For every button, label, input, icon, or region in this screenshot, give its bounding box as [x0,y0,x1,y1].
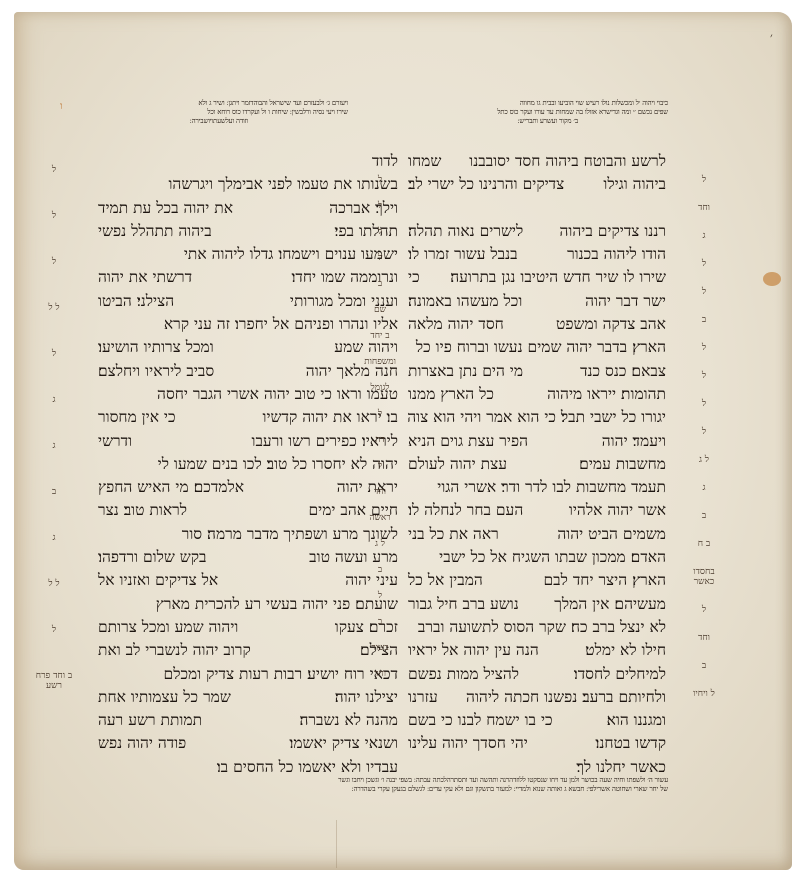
margin-note: ב [360,565,400,575]
hemistich: בקש שלום ורדפהו׃ [98,546,207,569]
margin-note: שם [360,305,400,315]
margin-note: בשור [360,643,400,653]
hemistich: לישרים נאוה תהלה׃ [408,220,523,243]
text-line: מרע ועשה טובבקש שלום ורדפהו׃ [98,546,398,569]
margin-notes-outer-right: לוחדגללבללללל גגבב חבחסדו כאשרלוחדבל ויח… [684,175,724,717]
text-line: הודו ליהוה בכנורבנבל עשור זמרו לו׃ [408,243,666,266]
text-line: חנה מלאך יהוהסביב ליראיו ויחלצם׃ [98,360,398,383]
masorah-line: שירו ויעי נסיה ורלבשין ׃ שיחות ו ול ועקר… [88,108,348,117]
text-line: הארץ׃ בדבר יהוה שמים נעשו וברוח פיו כל [408,336,666,359]
hemistich: מחשבות עמים׃ [579,453,666,476]
hemistich: מי הים נתן באצרות [408,360,523,383]
text-line: תעמד מחשבות לבו לדר ודר׃ אשרי הגוי [408,476,666,499]
hemistich: אהב צדקה ומשפט [556,313,666,336]
text-line: תהלתו בפי׃ביהוה תתהלל נפשי [98,220,398,243]
hemistich: בנבל עשור זמרו לו׃ [408,243,518,266]
hemistich: מהנה לא נשברה׃ [300,709,398,732]
hemistich: קרוב יהוה לנשברי לב ואת [98,639,251,662]
margin-note: ב [684,315,724,325]
hemistich: הפיר עצת גוים הניא [408,430,528,453]
text-line: בו׃ יראו את יהוה קדשיוכי אין מחסור [98,406,398,429]
hemistich: ישר דבר יהוה [585,290,666,313]
margin-note: ב [360,617,400,627]
margin-note: ל [684,427,724,437]
hemistich: ומגננו הוא׃ [607,709,666,732]
margin-note: ל [684,343,724,353]
margin-note: ל [34,257,74,267]
margin-note: דה [360,435,400,445]
margin-note: ג [34,533,74,543]
text-line: ויעמד׃ יהוההפיר עצת גוים הניא [408,430,666,453]
hemistich: הצילני׃ הביטו [98,290,174,313]
masorah-line: ב׳ מקור ועשרע ותבריש ׃ [410,117,668,126]
hemistich: הארץ׃ בדבר יהוה שמים נעשו וברוח פיו כל [416,336,666,359]
hemistich: לראות טוב׃ נצר [98,499,187,522]
margin-note: ב [34,487,74,497]
hemistich: סביב ליראיו ויחלצם׃ [98,360,214,383]
text-column-right: לרשע והבוטח ביהוה חסד יסובבנושמחוביהוה ו… [408,150,666,779]
text-line: חילו לא ימלט׃הנה עין יהוה אל יראיו [408,639,666,662]
hemistich: עצת יהוה לעולם [408,453,507,476]
text-column-left: לדודבשנותו את טעמו לפני אבימלך ויגרשהווי… [98,150,398,779]
text-line: יגורו כל ישבי תבל׃ כי הוא אמר ויהי הוא צ… [408,406,666,429]
margin-notes-inner-middle: ללללבשםב יחדומשפחותלגומללדהלוחדראשהל גבל… [360,175,400,695]
margin-note: ל [360,253,400,263]
margin-note: ג [684,483,724,493]
margin-note: ל [360,227,400,237]
hemistich: אל צדיקים ואזניו אל [98,569,218,592]
text-line: משמים הביט יהוהראה את כל בני [408,523,666,546]
margin-note: בחסדו כאשר [684,567,724,587]
hemistich: כי [408,266,420,289]
hemistich: לדוד [372,150,398,173]
hemistich: מעשיהם׃ אין המלך [554,593,666,616]
text-line: זכרם׃ צעקוויהוה שמע ומכל צרותם [98,616,398,639]
hemistich: הנה עין יהוה אל יראיו [408,639,539,662]
margin-note: ומשפחות [360,357,400,367]
margin-note: ל [360,409,400,419]
margin-note: ל [34,625,74,635]
margin-note: וחד [360,669,400,679]
hemistich: אשר יהוה אלהיו [569,499,666,522]
masorah-line: כיבוי ויהוה ׳ל ומכשלות נולו רעיש שוי הוב… [410,99,668,108]
hemistich: חילו לא ימלט׃ [585,639,666,662]
hemistich: כי בו ישמח לבנו כי בשם [408,709,553,732]
margin-note: ל ג [360,539,400,549]
text-line: מחשבות עמים׃עצת יהוה לעולם [408,453,666,476]
text-line: ליראיו׃ כפירים רשו ורעבוודרשי [98,430,398,453]
text-line: לא ינצל ברב כח׃ שקר הסוס לתשועה וברב [408,616,666,639]
hemistich: חסד יהוה מלאה [408,313,504,336]
hemistich: העם בחר לנחלה לו׃ [408,499,523,522]
text-line: ישר דבר יהוהוכל מעשהו באמונה׃ [408,290,666,313]
margin-note: ג [34,441,74,451]
margin-note: ל [684,605,724,615]
margin-note: ל [360,175,400,185]
text-line: מעשיהם׃ אין המלךנושע ברב חיל גבור [408,593,666,616]
margin-note: ג [34,395,74,405]
masorah-line: עשור ה׳ ולשפתו וחיה שעה בכושר ולמן עד וי… [72,776,668,785]
masorah-bottom: עשור ה׳ ולשפתו וחיה שעה בכושר ולמן עד וי… [72,776,668,794]
margin-note: ב וחד פרח רשע [34,671,74,691]
text-line: האדם׃ ממכון שבתו השגיח אל כל ישבי [408,546,666,569]
hemistich: ושנאי צדיק יאשמו׃ [289,732,398,755]
hemistich: רננו צדיקים ביהוה [559,220,666,243]
hemistich: ולחיותם ברעב׃ נפשנו חכתה ליהוה [466,686,666,709]
text-line: למיחלים לחסדו׃להציל ממות נפשם [408,663,666,686]
hemistich: שירו לו שיר חדש היטיבו נגן בתרועה׃ [450,266,666,289]
margin-note: ב [360,279,400,289]
masorah-line: של יחר שארי ושחוטה אשרילפי ׃ חבשא ג ואות… [72,785,668,794]
text-line: יהוה לא יחסרו כל טוב׃ לכו בנים שמעו לי [98,453,398,476]
hemistich: יהי חסדך יהוה עלינו [408,732,528,755]
margin-note: ל [684,399,724,409]
text-line: ויהוה שמעומכל צרותיו הושיעו׃ [98,336,398,359]
hemistich: ודרשי [98,430,132,453]
text-line: טעמו וראו כי טוב יהוה אשרי הגבר יחסה [98,383,398,406]
hemistich: הודו ליהוה בכנור [567,243,666,266]
text-line: הארץ׃ היצר יחד לבםהמבין אל כל [408,569,666,592]
hemistich: האדם׃ ממכון שבתו השגיח אל כל ישבי [439,546,666,569]
masorah-line: שפים נכשם ׳׳ ומה וגדישרא אזולו בה שמחות … [410,108,668,117]
text-line: הצילם׃קרוב יהוה לנשברי לב ואת [98,639,398,662]
hemistich: הארץ׃ היצר יחד לבם [544,569,667,592]
text-line: וילך׃ אברכהאת יהוה בכל עת תמיד [98,197,398,220]
text-line: יצילנו יהוה׃שמר כל עצמותיו אחת [98,686,398,709]
hemistich: עזרנו [408,686,438,709]
text-line: וענני ומכל מגורותיהצילני׃ הביטו [98,290,398,313]
hemistich: אלמדכם׃ מי האיש החפץ [98,476,244,499]
corner-mark: ׳ [770,30,773,45]
text-line: ומגננו הוא׃כי בו ישמח לבנו כי בשם [408,709,666,732]
masorah-top-left: ויעזרם ג׳ ולבעזרם ועד שישראל והבוהדזמר ו… [88,99,348,126]
hemistich: ויעמד׃ יהוה [602,430,666,453]
margin-note: ל [684,259,724,269]
hemistich: להציל ממות נפשם [408,663,519,686]
masorah-line: וזודה ועלשעתויושבירה ׃ [88,117,348,126]
hemistich: תעמד מחשבות לבו לדר ודר׃ אשרי הגוי [437,476,666,499]
hemistich: ויהוה שמע ומכל צרותם [98,616,238,639]
hemistich: שמר כל עצמותיו אחת [98,686,231,709]
hemistich: לא ינצל ברב כח׃ שקר הסוס לתשועה וברב [418,616,666,639]
hemistich: כל הארץ ממנו [408,383,494,406]
margin-note: ל [34,211,74,221]
margin-note: וחד [684,203,724,213]
hemistich: את יהוה בכל עת תמיד [98,197,233,220]
text-line: יראת יהוהאלמדכם׃ מי האיש החפץ [98,476,398,499]
hemistich: כי אין מחסור [98,406,176,429]
text-line: ישמעו ענוים וישמחו׃ גדלו ליהוה אתי [98,243,398,266]
margin-note: ל [34,349,74,359]
masorah-top-right: כיבוי ויהוה ׳ל ומכשלות נולו רעיש שוי הוב… [410,99,668,126]
text-line: דכאי רוח יושיע׃ רבות רעות צדיק ומכלם [98,663,398,686]
text-line: מהנה לא נשברה׃תמותת רשע רעה [98,709,398,732]
text-line: לרשע והבוטח ביהוה חסד יסובבנושמחו [408,150,666,173]
margin-note: ל [684,287,724,297]
hemistich: תהומות׃ ייראו מיהוה [547,383,666,406]
margin-note: ב [684,511,724,521]
text-line: חיים אהב ימיםלראות טוב׃ נצר [98,499,398,522]
text-line: לדוד [98,150,398,173]
hemistich: המבין אל כל [408,569,483,592]
margin-note: ל ג [684,455,724,465]
hemistich: צדיקים והרנינו כל ישרי לב׃ [408,173,564,196]
text-line [408,197,666,220]
hemistich: קדשו בטחנו׃ [595,732,666,755]
text-line: ונרוממה שמו יחדו׃דרשתי את יהוה [98,266,398,289]
hemistich: פודה יהוה נפש [98,732,186,755]
margin-note: ב [684,661,724,671]
margin-note: ל [360,461,400,471]
text-line: תהומות׃ ייראו מיהוהכל הארץ ממנו [408,383,666,406]
text-line: קדשו בטחנו׃יהי חסדך יהוה עלינו [408,732,666,755]
margin-notes-outer-left: לללל ללגגבגל ללב וחד פרח רשע [34,165,74,727]
text-line: ביהוה וגילוצדיקים והרנינו כל ישרי לב׃ [408,173,666,196]
margin-note: ל [684,175,724,185]
text-line: אשר יהוה אלהיוהעם בחר לנחלה לו׃ [408,499,666,522]
text-line: אהב צדקה ומשפטחסד יהוה מלאה [408,313,666,336]
hemistich: תמותת רשע רעה [98,709,202,732]
hemistich: ביהוה תתהלל נפשי [98,220,212,243]
hemistich: לרשע והבוטח ביהוה חסד יסובבנו [469,150,666,173]
hemistich: וכל מעשהו באמונה׃ [408,290,522,313]
parchment-fold-line [336,820,337,868]
margin-note: ל ל [34,579,74,589]
hemistich: משמים הביט יהוה [557,523,666,546]
margin-note: לגומל [360,383,400,393]
margin-note: ראשה [360,513,400,523]
masorah-line: ויעזרם ג׳ ולבעזרם ועד שישראל והבוהדזמר ו… [88,99,348,108]
text-line: שועתם׃ פני יהוה בעשי רע להכרית מארץ [98,593,398,616]
text-line: עיני יהוהאל צדיקים ואזניו אל [98,569,398,592]
hemistich: ביהוה וגילו [603,173,666,196]
hemistich: דרשתי את יהוה [98,266,192,289]
hemistich: שמחו [408,150,441,173]
margin-note: ב ח [684,539,724,549]
text-line: שירו לו שיר חדש היטיבו נגן בתרועה׃כי [408,266,666,289]
text-line: ושנאי צדיק יאשמו׃פודה יהוה נפש [98,732,398,755]
margin-note: ל ל [34,303,74,313]
text-line: בשנותו את טעמו לפני אבימלך ויגרשהו [98,173,398,196]
text-line: ולחיותם ברעב׃ נפשנו חכתה ליהוהעזרנו [408,686,666,709]
margin-note: ל [360,201,400,211]
hemistich: למיחלים לחסדו׃ [574,663,666,686]
margin-note: ל [360,591,400,601]
margin-note: ב יחד [360,331,400,341]
folio-mark: ו [60,101,63,112]
hemistich: ראה את כל בני [408,523,499,546]
margin-note: ל [34,165,74,175]
margin-note: ג [684,231,724,241]
text-line: אליו ונהרו ופניהם אל יחפרו׃ זה עני קרא [98,313,398,336]
margin-note: וחד [684,633,724,643]
text-line: לשונך מרע ושפתיך מדבר מרמה׃ סור [98,523,398,546]
hemistich: ומכל צרותיו הושיעו׃ [98,336,214,359]
hemistich: יגורו כל ישבי תבל׃ כי הוא אמר ויהי הוא צ… [407,406,666,429]
text-line: צבאם׃ כנס כנדמי הים נתן באצרות [408,360,666,383]
parchment-stain [763,272,781,286]
margin-note: ל ויחיו [684,689,724,699]
hemistich: נושע ברב חיל גבור [408,593,519,616]
text-line: רננו צדיקים ביהוהלישרים נאוה תהלה׃ [408,220,666,243]
margin-note: וחד [360,487,400,497]
hemistich: צבאם׃ כנס כנד [580,360,666,383]
margin-note: ל [684,371,724,381]
